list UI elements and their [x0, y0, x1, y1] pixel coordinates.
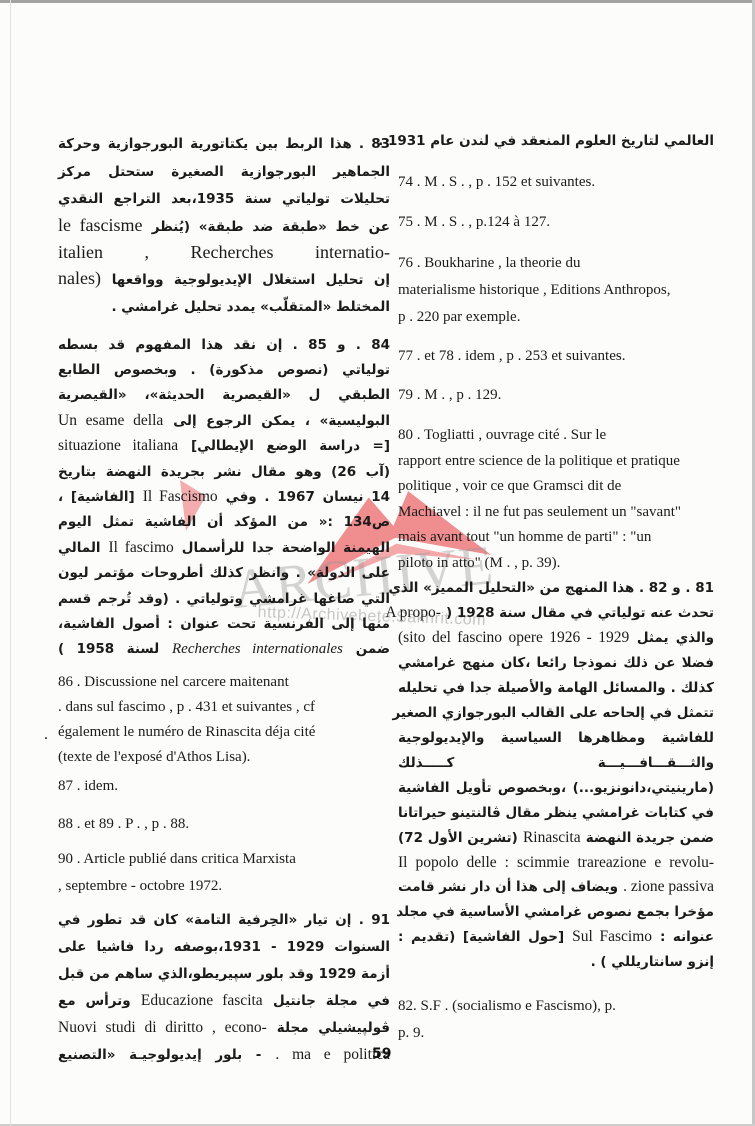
text-segment: 77 . et 78 . idem , p . 253 et suivantes…	[398, 348, 625, 364]
text-line: ضمن جريدة النهضة Rinascita (تشرين الأول …	[398, 825, 714, 850]
text-segment: المختلط «المتقلّب» يمدد تحليل غرامشي .	[111, 299, 390, 315]
text-segment: العالمي لتاريخ العلوم المنعقد في لندن عا…	[378, 133, 714, 149]
text-segment: [حول الفاشية] (تقديم :	[398, 929, 564, 945]
text-line: 90 . Article publié dans critica Marxist…	[58, 845, 390, 872]
text-segment: التي صاغها غرامشي وتولياتي . (وقد تُرجم …	[58, 591, 390, 607]
text-line: p . 220 par exemple.	[398, 303, 714, 330]
text-line: عنوانه : Sul Fascimo [حول الفاشية] (تقدي…	[398, 924, 714, 949]
text-segment: 88 . et 89 . P . , p . 88.	[58, 816, 189, 832]
text-segment: 91 . إن تيار «الحِرفية التامة» كان قد تط…	[58, 912, 390, 928]
text-line: 84 . و 85 . إن نقد هذا المفهوم قد بسطه	[58, 332, 390, 357]
text-line: تحليلات تولياتي سنة 1935،بعد التراجع الن…	[58, 185, 390, 213]
text-line: والثـــقـــافـــيـــة كـــــذلك	[398, 750, 714, 775]
text-line: ڤولپيشيلي مجلة Nuovi studi di diritto , …	[58, 1014, 390, 1041]
text-line: [= دراسة الوضع الإيطالي] situazione ital…	[58, 433, 390, 458]
text-segment: في مجلة جانتيل	[273, 993, 390, 1009]
text-segment: situazione italiana	[58, 437, 178, 454]
text-segment: ضمن جريدة النهضة	[586, 830, 714, 846]
text-line: . ma e politica - بلور إيديولوجيـة «التص…	[58, 1041, 390, 1068]
text-segment: فضلا عن ذلك نموذجا رائعا ،كان منهج غرامش…	[398, 655, 714, 671]
text-line: الهيمنة الواضحة جدا للرأسمال Il fascimo …	[58, 535, 390, 560]
note-84-85: 84 . و 85 . إن نقد هذا المفهوم قد بسطهتو…	[58, 332, 390, 662]
text-line: 80 . Togliatti , ouvrage cité . Sur le	[398, 422, 714, 448]
text-segment: Recherches internationales	[172, 641, 343, 657]
text-segment: (texte de l'exposé d'Athos Lisa).	[58, 749, 250, 765]
text-segment: تتمثل في إلحاحه على القالب البورجوازي ال…	[393, 705, 714, 721]
scanned-book-page: ARCHIVE http://Archivebete.Sakhrit.com 8…	[0, 0, 755, 1126]
text-segment: 81 . و 82 . هذا المنهج من «التحليل الممي…	[389, 580, 714, 596]
text-line: إنزو سانتاريللي ) .	[398, 949, 714, 974]
text-line: 79 . M . , p . 129.	[398, 382, 714, 407]
text-line: 14 نيسان 1967 . وفي Il Fascismo [الفاشية…	[58, 484, 390, 509]
text-segment: أزمة 1929 وقد بلور سپيريطو،الذي ساهم من …	[58, 966, 390, 982]
text-line: في كتابات غرامشي ينظر مقال ڤالنتينو حيرا…	[398, 800, 714, 825]
text-line: 75 . M . S . , p.124 à 127.	[398, 209, 714, 234]
text-line: 81 . و 82 . هذا المنهج من «التحليل الممي…	[398, 575, 714, 600]
text-line: في مجلة جانتيل Educazione fascita وترأس …	[58, 987, 390, 1014]
text-segment: Un esame della	[58, 412, 163, 429]
note-79: 79 . M . , p . 129.	[398, 382, 714, 407]
text-line: (texte de l'exposé d'Athos Lisa).	[58, 744, 390, 769]
text-segment: ڤولپيشيلي مجلة	[277, 1020, 390, 1036]
text-segment: le fascisme	[58, 215, 143, 235]
text-line: 76 . Boukharine , la theorie du	[398, 249, 714, 276]
text-segment: إنزو سانتاريللي ) .	[591, 954, 714, 970]
text-segment: 82. S.F . (socialismo e Fascismo), p.	[398, 998, 616, 1014]
text-segment: . zione passiva	[623, 878, 714, 895]
text-line: (مارينيتي،دانونزيو...) ،وبخصوص تأويل الف…	[398, 775, 714, 800]
text-line: 77 . et 78 . idem , p . 253 et suivantes…	[398, 343, 714, 368]
text-segment: Il popolo delle : scimmie trareazione e …	[398, 854, 714, 871]
text-segment: italien , Recherches internatio-	[58, 242, 390, 262]
note-83: 83 . هذا الربط بين يكتاتورية البورجوازية…	[58, 130, 390, 321]
text-segment: مؤخرا بجمع نصوص غرامشي الأساسية في مجلد	[396, 904, 714, 920]
text-segment: [الفاشية] ،	[58, 489, 135, 505]
text-line: (آب 26) وهو مقال نشر بجريدة النهضة بتاري…	[58, 459, 390, 484]
text-line: 87 . idem.	[58, 773, 390, 798]
text-segment: كذلك . والمسائل الهامة والأصيلة جدا في ت…	[398, 680, 714, 696]
text-line: المختلط «المتقلّب» يمدد تحليل غرامشي .	[58, 293, 390, 321]
text-segment: materialisme historique , Editions Anthr…	[398, 282, 670, 298]
text-segment: 90 . Article publié dans critica Marxist…	[58, 851, 296, 867]
text-line: أزمة 1929 وقد بلور سپيريطو،الذي ساهم من …	[58, 960, 390, 987]
text-line: mais avant tout "un homme de parti" : "u…	[398, 524, 714, 550]
text-segment: 75 . M . S . , p.124 à 127.	[398, 214, 550, 230]
text-line: p. 9.	[398, 1019, 714, 1046]
text-segment: تولياتي (نصوص مذكورة) . وبخصوص الطابع	[58, 362, 390, 378]
text-line: على الدولة» . وانظر كذلك أطروحات مؤتمر ل…	[58, 560, 390, 585]
text-segment: , septembre - octobre 1972.	[58, 878, 222, 894]
text-segment: 79 . M . , p . 129.	[398, 387, 501, 403]
text-segment: . dans sul fascimo , p . 431 et suivante…	[58, 699, 315, 715]
text-segment: الهيمنة الواضحة جدا للرأسمال	[182, 540, 390, 556]
text-segment: A propo-	[385, 604, 441, 621]
scan-edge-top	[0, 0, 755, 3]
text-segment: Sul Fascimo	[572, 928, 652, 945]
text-segment: également le numéro de Rinascita déja ci…	[58, 724, 315, 740]
text-segment: عن خط «طبقة ضد طبقة» (يُنظر	[152, 219, 390, 235]
text-line: rapport entre science de la politique et…	[398, 448, 714, 474]
text-line: . zione passiva ويضاف إلى هذا أن دار نشر…	[398, 874, 714, 899]
text-segment: المالي	[58, 540, 101, 556]
text-segment: عنوانه :	[660, 929, 714, 945]
text-segment: للفاشية ومظاهرها السياسية والإيديولوجية	[398, 730, 714, 746]
text-line: , septembre - octobre 1972.	[58, 872, 390, 899]
text-segment: الجماهير البورجوازية الصغيرة ستحتل مركز	[58, 164, 390, 180]
note-91: 91 . إن تيار «الحِرفية التامة» كان قد تط…	[58, 906, 390, 1068]
text-segment: politique , voir ce que Gramsci dit de	[398, 478, 621, 494]
text-line: التي صاغها غرامشي وتولياتي . (وقد تُرجم …	[58, 586, 390, 611]
text-segment: منها إلى الفرنسية تحت عنوان : أصول الفاش…	[58, 616, 390, 632]
text-segment: Il Fascismo	[143, 488, 218, 505]
text-line: عن خط «طبقة ضد طبقة» (يُنظر le fascisme	[58, 213, 390, 241]
text-line: فضلا عن ذلك نموذجا رائعا ،كان منهج غرامش…	[398, 650, 714, 675]
text-segment: إن تحليل استغلال الإيديولوجية وواقعها	[112, 272, 390, 288]
text-segment: الطبقي ل «القيصرية الحديثة»، «القيصرية	[58, 387, 390, 403]
note-81-82: 81 . و 82 . هذا المنهج من «التحليل الممي…	[398, 575, 714, 974]
note-77-78: 77 . et 78 . idem , p . 253 et suivantes…	[398, 343, 714, 368]
text-line: 86 . Discussione nel carcere maitenant	[58, 669, 390, 694]
text-segment: (مارينيتي،دانونزيو...) ،وبخصوص تأويل الف…	[398, 780, 714, 796]
text-segment: 83 . هذا الربط بين يكتاتورية البورجوازية…	[58, 136, 390, 152]
text-segment: [= دراسة الوضع الإيطالي]	[191, 438, 390, 454]
note-75: 75 . M . S . , p.124 à 127.	[398, 209, 714, 234]
text-segment: 76 . Boukharine , la theorie du	[398, 255, 580, 271]
text-segment: على الدولة» . وانظر كذلك أطروحات مؤتمر ل…	[58, 565, 390, 581]
text-line: également le numéro de Rinascita déja ci…	[58, 719, 390, 744]
text-segment: p . 220 par exemple.	[398, 309, 520, 325]
page-number: 59	[372, 1046, 391, 1062]
text-line: منها إلى الفرنسية تحت عنوان : أصول الفاش…	[58, 611, 390, 636]
text-line: Il popolo delle : scimmie trareazione e …	[398, 850, 714, 874]
text-segment: لسنة 1958 )	[58, 641, 159, 657]
text-line: البوليسية» ، يمكن الرجوع إلى Un esame de…	[58, 408, 390, 433]
text-segment: p. 9.	[398, 1025, 424, 1041]
text-segment: Educazione fascita	[141, 992, 263, 1009]
text-line: 91 . إن تيار «الحِرفية التامة» كان قد تط…	[58, 906, 390, 933]
text-line: الطبقي ل «القيصرية الحديثة»، «القيصرية	[58, 382, 390, 407]
text-segment: (آب 26) وهو مقال نشر بجريدة النهضة بتاري…	[58, 464, 390, 480]
text-segment: والثـــقـــافـــيـــة كـــــذلك	[398, 755, 714, 771]
note-74: 74 . M . S . , p . 152 et suivantes.	[398, 169, 714, 194]
left-column: 83 . هذا الربط بين يكتاتورية البورجوازية…	[58, 130, 390, 1080]
text-line: 82. S.F . (socialismo e Fascismo), p.	[398, 992, 714, 1019]
text-segment: 84 . و 85 . إن نقد هذا المفهوم قد بسطه	[58, 337, 390, 353]
margin-ink-dot: .	[44, 726, 48, 744]
text-segment: البوليسية» ، يمكن الرجوع إلى	[173, 413, 390, 429]
text-segment: وترأس مع	[58, 993, 131, 1009]
text-segment: piloto in atto" (M . , p. 39).	[398, 555, 560, 571]
note-86: 86 . Discussione nel carcere maitenant. …	[58, 669, 390, 769]
text-line: للفاشية ومظاهرها السياسية والإيديولوجية	[398, 725, 714, 750]
text-line: Machiavel : il ne fut pas seulement un "…	[398, 499, 714, 525]
text-line: 83 . هذا الربط بين يكتاتورية البورجوازية…	[58, 130, 390, 158]
text-line: والذي يمثل (sito del fascino opere 1926 …	[398, 625, 714, 650]
text-line: تولياتي (نصوص مذكورة) . وبخصوص الطابع	[58, 357, 390, 382]
text-line: materialisme historique , Editions Anthr…	[398, 276, 714, 303]
text-segment: ص134 :« من المؤكد أن الفاشية تمثل اليوم	[58, 514, 390, 530]
note-80: 80 . Togliatti , ouvrage cité . Sur lera…	[398, 422, 714, 575]
text-segment: 87 . idem.	[58, 778, 118, 794]
text-line: politique , voir ce que Gramsci dit de	[398, 473, 714, 499]
text-line: ص134 :« من المؤكد أن الفاشية تمثل اليوم	[58, 509, 390, 534]
text-segment: 74 . M . S . , p . 152 et suivantes.	[398, 174, 595, 190]
text-line: تحدث عنه تولياتي في مقال سنة 1928 ( A pr…	[398, 600, 714, 625]
text-segment: Nuovi studi di diritto , econo-	[58, 1019, 267, 1036]
note-88-89: 88 . et 89 . P . , p . 88.	[58, 811, 390, 836]
text-line: مؤخرا بجمع نصوص غرامشي الأساسية في مجلد	[398, 899, 714, 924]
text-segment: تحدث عنه تولياتي في مقال سنة 1928 (	[446, 605, 714, 621]
text-line: الجماهير البورجوازية الصغيرة ستحتل مركز	[58, 158, 390, 186]
text-segment: في كتابات غرامشي ينظر مقال ڤالنتينو حيرا…	[398, 805, 714, 821]
text-line: piloto in atto" (M . , p. 39).	[398, 550, 714, 576]
text-segment: (تشرين الأول 72)	[398, 830, 518, 846]
text-segment: تحليلات تولياتي سنة 1935،بعد التراجع الن…	[58, 191, 390, 207]
text-segment: Il fascimo	[109, 539, 174, 556]
note-cont: العالمي لتاريخ العلوم المنعقد في لندن عا…	[398, 128, 714, 153]
text-line: تتمثل في إلحاحه على القالب البورجوازي ال…	[398, 700, 714, 725]
text-segment: rapport entre science de la politique et…	[398, 453, 680, 469]
text-segment: 80 . Togliatti , ouvrage cité . Sur le	[398, 427, 606, 443]
text-segment: ضمن	[356, 641, 390, 657]
text-segment: - بلور إيديولوجيـة «التصنيع	[58, 1047, 261, 1063]
text-segment: 14 نيسان 1967 . وفي	[226, 489, 390, 505]
text-line: 88 . et 89 . P . , p . 88.	[58, 811, 390, 836]
text-line: السنوات 1929 - 1931،بوصفه ردا فاشيا على	[58, 933, 390, 960]
text-segment: Machiavel : il ne fut pas seulement un "…	[398, 504, 681, 520]
text-line: إن تحليل استغلال الإيديولوجية وواقعها na…	[58, 266, 390, 294]
text-segment: mais avant tout "un homme de parti" : "u…	[398, 529, 651, 545]
text-line: كذلك . والمسائل الهامة والأصيلة جدا في ت…	[398, 675, 714, 700]
note-82: 82. S.F . (socialismo e Fascismo), p.p. …	[398, 992, 714, 1046]
text-line: ضمن Recherches internationales لسنة 1958…	[58, 636, 390, 661]
note-76: 76 . Boukharine , la theorie dumateriali…	[398, 249, 714, 330]
text-line: . dans sul fascimo , p . 431 et suivante…	[58, 694, 390, 719]
text-segment: والذي يمثل	[637, 630, 714, 646]
note-87: 87 . idem.	[58, 773, 390, 798]
text-segment: Rinascita	[523, 829, 581, 846]
text-segment: (sito del fascino opere 1926 - 1929	[398, 629, 629, 646]
text-segment: nales)	[58, 268, 101, 288]
text-line: العالمي لتاريخ العلوم المنعقد في لندن عا…	[398, 128, 714, 153]
text-segment: 86 . Discussione nel carcere maitenant	[58, 674, 289, 690]
text-segment: السنوات 1929 - 1931،بوصفه ردا فاشيا على	[58, 939, 390, 955]
text-segment: ويضاف إلى هذا أن دار نشر قامت	[398, 879, 618, 895]
scan-edge-left	[10, 0, 11, 1126]
text-line: 74 . M . S . , p . 152 et suivantes.	[398, 169, 714, 194]
text-line: italien , Recherches internatio-	[58, 240, 390, 266]
note-90: 90 . Article publié dans critica Marxist…	[58, 845, 390, 899]
right-column: العالمي لتاريخ العلوم المنعقد في لندن عا…	[398, 128, 714, 1058]
